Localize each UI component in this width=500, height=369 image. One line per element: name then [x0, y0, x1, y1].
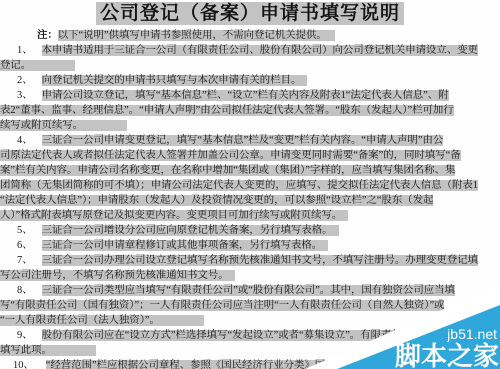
highlighted-text: 案”栏有关内容。申请公司名称变更，在名称中增加“集团或（集团）”字样的，应当填写… [0, 165, 455, 176]
text-row: 4、三证合一公司申请变更登记，填写“基本信息”栏及“变更”栏有关内容。“申请人声… [0, 133, 500, 148]
list-number: 2、 [17, 75, 33, 86]
highlighted-text: 写“有限责任公司（国有独资）”；一人有限责任公司应当注明“一人有限责任公司（自然… [0, 300, 444, 311]
title-row: 公司登记（备案）申请书填写说明 [0, 0, 500, 28]
text-row: 9、股份有限公司应在“设立方式”栏选择填写“发起设立”或者“募集设立”。有限责任… [0, 328, 500, 343]
text-row: 表2“董事、监事、经理信息”。“申请人声明”由公司拟任法定代表人签署。“股东（发… [0, 103, 500, 118]
highlighted-text: 三证合一公司申请章程修订或其他事项备案，另行填写表格。 [42, 240, 329, 251]
list-number: 5、 [17, 225, 33, 236]
text-row: 注：以下“说明”供填写申请书参照使用，不需向登记机关提供。 [0, 28, 500, 43]
list-number: 6、 [17, 240, 33, 251]
highlighted-text: “法定代表人信息”）；申请股东（发起人）及投资情况变更的，可以参照“设立栏”之“… [0, 195, 433, 206]
highlighted-text: 续写或附页续写。 [0, 120, 127, 131]
indent-spacer [0, 283, 17, 284]
highlighted-text: 表2“董事、监事、经理信息”。“申请人声明”由公司拟任法定代表人签署。“股东（发… [0, 105, 454, 116]
list-number: 1、 [17, 45, 33, 56]
indent-spacer [0, 88, 17, 89]
text-row: 7、三证合一公司办理公司设立登记填写名称预先核准通知书文号，不填写注册号。办理变… [0, 253, 500, 268]
indent-spacer [0, 133, 17, 134]
text-row: 写“有限责任公司（国有独资）”；一人有限责任公司应当注明“一人有限责任公司（自然… [0, 298, 500, 313]
highlighted-text: 以下“说明”供填写申请书参照使用，不需向登记机关提供。 [58, 30, 335, 41]
list-number: 10、 [13, 360, 34, 369]
highlighted-text: 向登记机关提交的申请书只填写与本次申请有关的栏目。 [42, 75, 308, 86]
highlighted-text: 本申请书适用于三证合一公司（有限责任公司、股份有限公司）向公司登记机关申请设立、… [42, 45, 478, 56]
text-row: 8、三证合一公司类型应当填写“有限责任公司”或“股份有限公司”。其中，国有独资公… [0, 283, 500, 298]
text-row: 填写此项。 [0, 343, 500, 358]
highlighted-text: 股份有限公司应在“设立方式”栏选择填写“发起设立”或者“募集设立”。有限责任公司… [42, 330, 433, 341]
list-number: 3、 [17, 90, 33, 101]
highlighted-text: 司原法定代表人或者拟任法定代表人签署并加盖公司公章。申请变更同时需要“备案”的，… [0, 150, 461, 161]
indent-spacer [0, 73, 17, 74]
text-row: 司原法定代表人或者拟任法定代表人签署并加盖公司公章。申请变更同时需要“备案”的，… [0, 148, 500, 163]
text-row: 1、本申请书适用于三证合一公司（有限责任公司、股份有限公司）向公司登记机关申请设… [0, 43, 500, 58]
highlighted-text: 写公司注册号，不填写名称预先核准通知书文号。 [0, 270, 235, 281]
highlighted-text: 三证合一公司增设分公司应向原登记机关备案，另行填写表格。 [42, 225, 339, 236]
text-row: 案”栏有关内容。申请公司名称变更，在名称中增加“集团或（集团）”字样的，应当填写… [0, 163, 500, 178]
highlighted-text: 三证合一公司申请变更登记，填写“基本信息”栏及“变更”栏有关内容。“申请人声明”… [42, 135, 444, 146]
indent-spacer [0, 253, 17, 254]
indent-spacer [0, 43, 17, 44]
text-row: 团简称（无集团简称的可不填）；申请公司法定代表人变更的，应填写、提交拟任法定代表… [0, 178, 500, 193]
text-row: 5、三证合一公司增设分公司应向原登记机关备案，另行填写表格。 [0, 223, 500, 238]
text-row: 续写或附页续写。 [0, 118, 500, 133]
text-row: 登记。 [0, 58, 500, 73]
list-number: 4、 [17, 135, 33, 146]
text-row: 写公司注册号，不填写名称预先核准通知书文号。 [0, 268, 500, 283]
text-row: “法定代表人信息”）；申请股东（发起人）及投资情况变更的，可以参照“设立栏”之“… [0, 193, 500, 208]
highlighted-text: “一人有限责任公司（法人独资）”。 [0, 315, 204, 326]
text-row: 人）”格式附表填写原登记及拟变更内容。变更项目可加行续写或附页续写。 [0, 208, 500, 223]
page-title: 公司登记（备案）申请书填写说明 [96, 2, 404, 25]
highlighted-text: 三证合一公司类型应当填写“有限责任公司”或“股份有限公司”。其中，国有独资公司应… [42, 285, 455, 296]
text-row: 3、申请公司设立登记，填写“基本信息”栏、“设立”栏有关内容及附表1“法定代表人… [0, 88, 500, 103]
document-page: 公司登记（备案）申请书填写说明 注：以下“说明”供填写申请书参照使用，不需向登记… [0, 0, 500, 369]
text-row: 6、三证合一公司申请章程修订或其他事项备案，另行填写表格。 [0, 238, 500, 253]
indent-spacer [0, 238, 17, 239]
text-row: 2、向登记机关提交的申请书只填写与本次申请有关的栏目。 [0, 73, 500, 88]
document-body: 注：以下“说明”供填写申请书参照使用，不需向登记机关提供。1、本申请书适用于三证… [0, 28, 500, 369]
indent-spacer [0, 223, 17, 224]
highlighted-text: 人）”格式附表填写原登记及拟变更内容。变更项目可加行续写或附页续写。 [0, 210, 348, 221]
highlighted-text: 团简称（无集团简称的可不填）；申请公司法定代表人变更的，应填写、提交拟任法定代表… [0, 180, 478, 191]
list-number: 9、 [17, 330, 33, 341]
highlighted-text: 申请公司设立登记，填写“基本信息”栏、“设立”栏有关内容及附表1“法定代表人信息… [42, 90, 449, 101]
note-label: 注： [37, 30, 58, 41]
list-number: 7、 [17, 255, 33, 266]
highlighted-text: 填写此项。 [0, 345, 96, 356]
text-row: “一人有限责任公司（法人独资）”。 [0, 313, 500, 328]
highlighted-text: 登记。 [0, 60, 75, 71]
indent-spacer [0, 328, 17, 329]
list-number: 8、 [17, 285, 33, 296]
highlighted-text: 三证合一公司办理公司设立登记填写名称预先核准通知书文号，不填写注册号。办理变更登… [42, 255, 478, 266]
indent-spacer [0, 358, 13, 359]
highlighted-text: “经营范围”栏应根据公司章程、参照《国民经济行业分类》国家标准填写。 [46, 360, 388, 369]
text-row: 10、“经营范围”栏应根据公司章程、参照《国民经济行业分类》国家标准填写。 [0, 358, 500, 369]
indent-spacer [0, 28, 37, 29]
